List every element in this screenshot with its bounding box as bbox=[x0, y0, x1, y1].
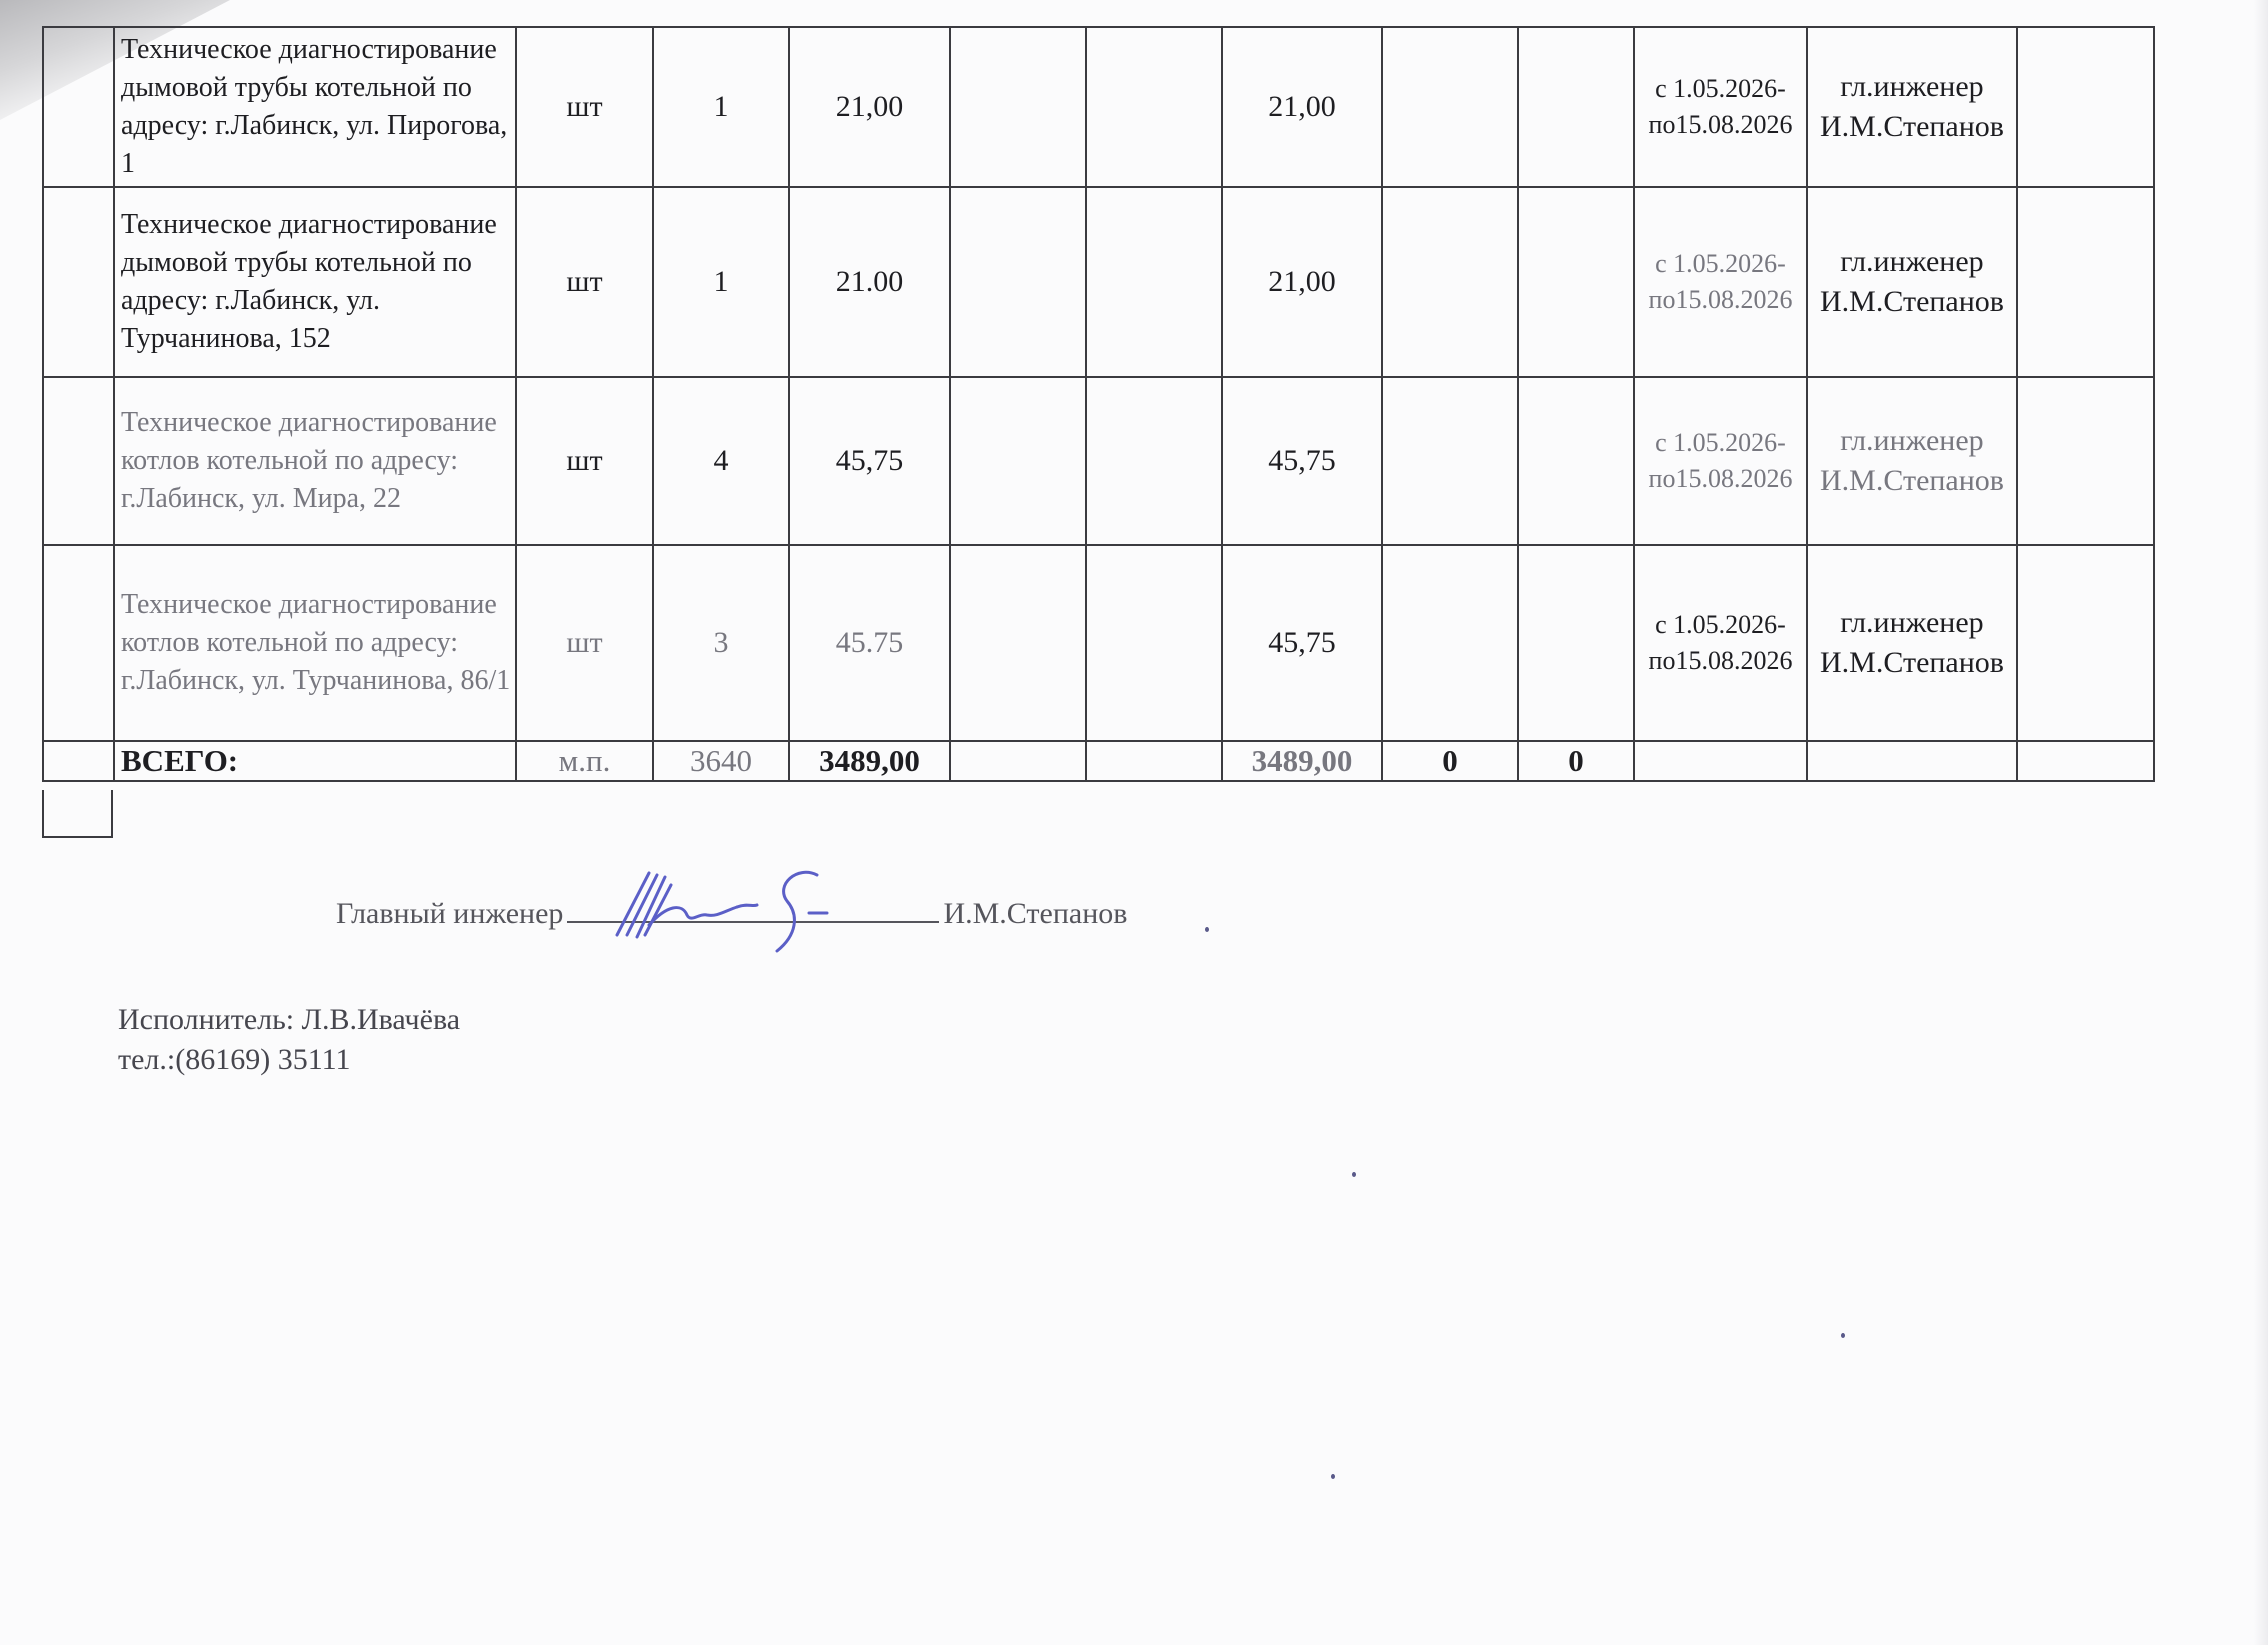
empty-cell bbox=[950, 187, 1086, 377]
total-cost-total: 3489,00 bbox=[1222, 741, 1382, 781]
work-description: Техническое диагностирование котлов коте… bbox=[114, 377, 516, 545]
empty-cell bbox=[950, 545, 1086, 741]
empty-cell bbox=[1086, 187, 1222, 377]
scan-speck bbox=[1841, 1333, 1845, 1338]
scan-speck bbox=[1331, 1474, 1335, 1479]
empty-row-stub bbox=[42, 790, 113, 838]
empty-cell bbox=[1518, 377, 1634, 545]
row-number-cell bbox=[43, 377, 114, 545]
table-row: Техническое диагностирование котлов коте… bbox=[43, 545, 2154, 741]
table-row: Техническое диагностирование дымовой тру… bbox=[43, 27, 2154, 187]
total-label: ВСЕГО: bbox=[114, 741, 516, 781]
empty-cell bbox=[1086, 741, 1222, 781]
total-row: ВСЕГО: м.п. 3640 3489,00 3489,00 0 0 bbox=[43, 741, 2154, 781]
empty-cell bbox=[1086, 27, 1222, 187]
work-description: Техническое диагностирование дымовой тру… bbox=[114, 187, 516, 377]
empty-cell bbox=[1382, 27, 1518, 187]
cost-total-cell: 21,00 bbox=[1222, 27, 1382, 187]
period-cell: с 1.05.2026- по15.08.2026 bbox=[1634, 377, 1807, 545]
empty-cell bbox=[950, 377, 1086, 545]
responsible-cell: гл.инженер И.М.Степанов bbox=[1807, 27, 2017, 187]
row-number-cell bbox=[43, 27, 114, 187]
empty-cell bbox=[2017, 187, 2154, 377]
work-description: Техническое диагностирование дымовой тру… bbox=[114, 27, 516, 187]
period-cell: с 1.05.2026- по15.08.2026 bbox=[1634, 187, 1807, 377]
quantity-cell: 4 bbox=[653, 377, 789, 545]
signer-name: И.М.Степанов bbox=[943, 897, 1127, 930]
cost-total-cell: 21,00 bbox=[1222, 187, 1382, 377]
empty-cell bbox=[1518, 27, 1634, 187]
executor-phone: тел.:(86169) 35111 bbox=[118, 1040, 460, 1080]
total-unit: м.п. bbox=[516, 741, 653, 781]
empty-cell bbox=[950, 27, 1086, 187]
quantity-cell: 3 bbox=[653, 545, 789, 741]
unit-cell: шт bbox=[516, 545, 653, 741]
cost-cell: 45,75 bbox=[789, 377, 950, 545]
scan-speck bbox=[1352, 1172, 1356, 1177]
handwritten-signature-icon bbox=[587, 855, 907, 955]
empty-cell bbox=[950, 741, 1086, 781]
total-cost: 3489,00 bbox=[789, 741, 950, 781]
total-quantity: 3640 bbox=[653, 741, 789, 781]
responsible-cell: гл.инженер И.М.Степанов bbox=[1807, 187, 2017, 377]
signer-position: Главный инженер bbox=[336, 897, 563, 930]
empty-cell bbox=[1807, 741, 2017, 781]
period-cell: с 1.05.2026- по15.08.2026 bbox=[1634, 27, 1807, 187]
quantity-cell: 1 bbox=[653, 187, 789, 377]
total-col9: 0 bbox=[1518, 741, 1634, 781]
unit-cell: шт bbox=[516, 27, 653, 187]
cost-total-cell: 45,75 bbox=[1222, 377, 1382, 545]
cost-cell: 45.75 bbox=[789, 545, 950, 741]
empty-cell bbox=[1382, 545, 1518, 741]
empty-cell bbox=[2017, 741, 2154, 781]
signature-line bbox=[567, 893, 939, 923]
period-cell: с 1.05.2026- по15.08.2026 bbox=[1634, 545, 1807, 741]
cost-cell: 21.00 bbox=[789, 187, 950, 377]
executor-name: Исполнитель: Л.В.Ивачёва bbox=[118, 1000, 460, 1040]
signature-block: Главный инженерИ.М.Степанов bbox=[336, 893, 1127, 931]
row-number-cell bbox=[43, 545, 114, 741]
empty-cell bbox=[2017, 377, 2154, 545]
empty-cell bbox=[1518, 187, 1634, 377]
empty-cell bbox=[2017, 27, 2154, 187]
table-row: Техническое диагностирование котлов коте… bbox=[43, 377, 2154, 545]
empty-cell bbox=[1086, 377, 1222, 545]
empty-cell bbox=[1518, 545, 1634, 741]
works-schedule-table: Техническое диагностирование дымовой тру… bbox=[42, 26, 2155, 782]
cost-total-cell: 45,75 bbox=[1222, 545, 1382, 741]
executor-block: Исполнитель: Л.В.Ивачёва тел.:(86169) 35… bbox=[118, 1000, 460, 1080]
empty-cell bbox=[2017, 545, 2154, 741]
scan-speck bbox=[1205, 927, 1209, 932]
empty-cell bbox=[1086, 545, 1222, 741]
work-description: Техническое диагностирование котлов коте… bbox=[114, 545, 516, 741]
total-col8: 0 bbox=[1382, 741, 1518, 781]
empty-cell bbox=[1382, 377, 1518, 545]
table-row: Техническое диагностирование дымовой тру… bbox=[43, 187, 2154, 377]
row-number-cell bbox=[43, 187, 114, 377]
empty-cell bbox=[1382, 187, 1518, 377]
empty-cell bbox=[1634, 741, 1807, 781]
cost-cell: 21,00 bbox=[789, 27, 950, 187]
unit-cell: шт bbox=[516, 377, 653, 545]
responsible-cell: гл.инженер И.М.Степанов bbox=[1807, 545, 2017, 741]
quantity-cell: 1 bbox=[653, 27, 789, 187]
row-number-cell bbox=[43, 741, 114, 781]
responsible-cell: гл.инженер И.М.Степанов bbox=[1807, 377, 2017, 545]
unit-cell: шт bbox=[516, 187, 653, 377]
scanned-page-edge-shadow bbox=[2254, 0, 2268, 1645]
